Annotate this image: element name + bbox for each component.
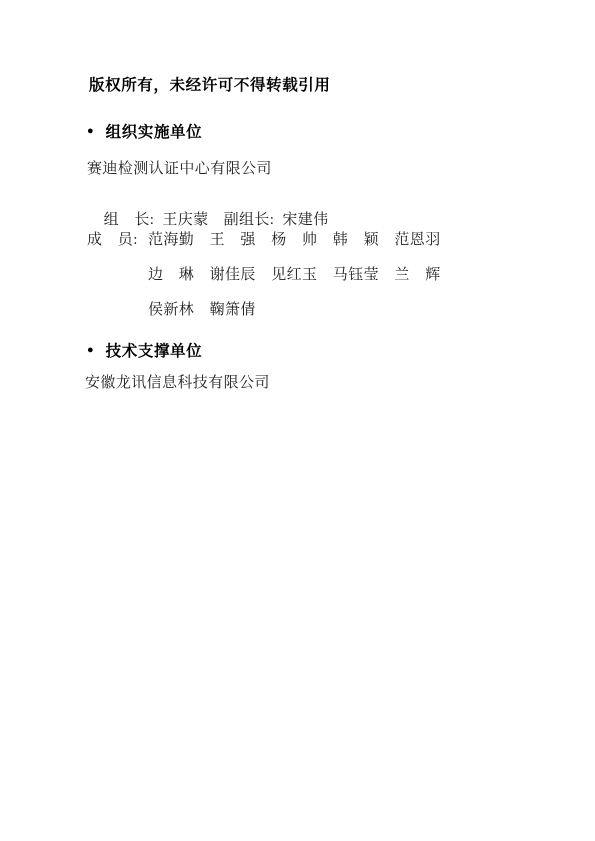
deputy-leader-label: 副组长: bbox=[224, 212, 275, 228]
members-block: 成 员: 范海勤 王 强 杨 帅 韩 颖 范恩羽 边 琳 谢佳辰 见红玉 马钰莹… bbox=[87, 232, 441, 337]
document-page: 版权所有，未经许可不得转载引用 ● 组织实施单位 赛迪检测认证中心有限公司 组 … bbox=[0, 0, 595, 841]
section-title: 组织实施单位 bbox=[106, 120, 203, 142]
support-company-name: 安徽龙讯信息科技有限公司 bbox=[85, 375, 270, 391]
leader-label: 组 长: bbox=[104, 212, 155, 228]
bullet-icon: ● bbox=[87, 342, 94, 358]
members-row: 侯新林 鞠箫倩 bbox=[148, 302, 441, 337]
members-row: 边 琳 谢佳辰 见红玉 马钰莹 兰 辉 bbox=[148, 267, 441, 302]
copyright-notice: 版权所有，未经许可不得转载引用 bbox=[89, 78, 331, 94]
members-row: 范海勤 王 强 杨 帅 韩 颖 范恩羽 bbox=[148, 232, 441, 267]
bullet-icon: ● bbox=[87, 123, 94, 139]
section-header-technical-support-unit: ● 技术支撑单位 bbox=[87, 339, 202, 361]
organizing-company-name: 赛迪检测认证中心有限公司 bbox=[87, 161, 272, 177]
section-title: 技术支撑单位 bbox=[106, 339, 203, 361]
leader-name: 王庆蒙 bbox=[162, 212, 208, 228]
members-names: 范海勤 王 强 杨 帅 韩 颖 范恩羽 边 琳 谢佳辰 见红玉 马钰莹 兰 辉 … bbox=[148, 232, 441, 337]
section-header-organizing-unit: ● 组织实施单位 bbox=[87, 120, 202, 142]
members-label: 成 员: bbox=[87, 232, 148, 248]
deputy-leader-name: 宋建伟 bbox=[282, 212, 328, 228]
